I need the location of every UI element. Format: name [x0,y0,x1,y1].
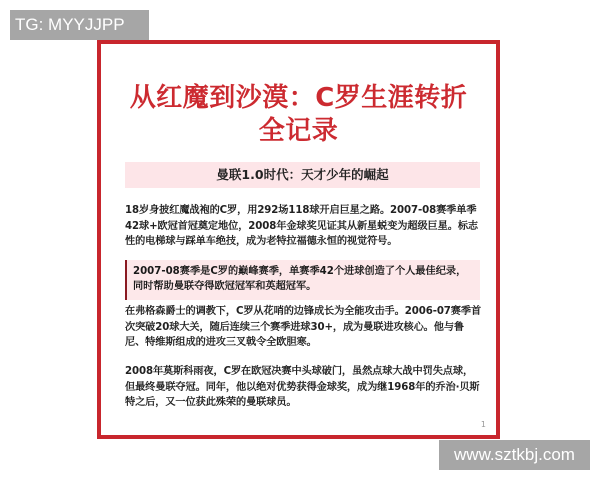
document-card: 从红魔到沙漠：C罗生涯转折 全记录 曼联1.0时代：天才少年的崛起 18岁身披红… [97,40,500,439]
paragraph-2: 在弗格森爵士的调教下，C罗从花哨的边锋成长为全能攻击手。2006-07赛季首次突… [125,304,483,351]
highlight-quote: 2007-08赛季是C罗的巅峰赛季，单赛季42个进球创造了个人最佳纪录，同时帮助… [125,260,480,300]
section-heading: 曼联1.0时代：天才少年的崛起 [125,162,480,188]
paragraph-3: 2008年莫斯科雨夜，C罗在欧冠决赛中头球破门，虽然点球大战中罚失点球，但最终曼… [125,364,483,411]
page-number: 1 [481,420,486,429]
paragraph-1: 18岁身披红魔战袍的C罗，用292场118球开启巨星之路。2007-08赛季单季… [125,203,483,250]
watermark-top-left: TG: MYYJJPP [10,10,149,40]
title-line-1: 从红魔到沙漠：C罗生涯转折 [115,82,482,115]
watermark-bottom-right: www.sztkbj.com [439,440,590,470]
page-title: 从红魔到沙漠：C罗生涯转折 全记录 [101,82,496,148]
title-line-2: 全记录 [115,115,482,148]
